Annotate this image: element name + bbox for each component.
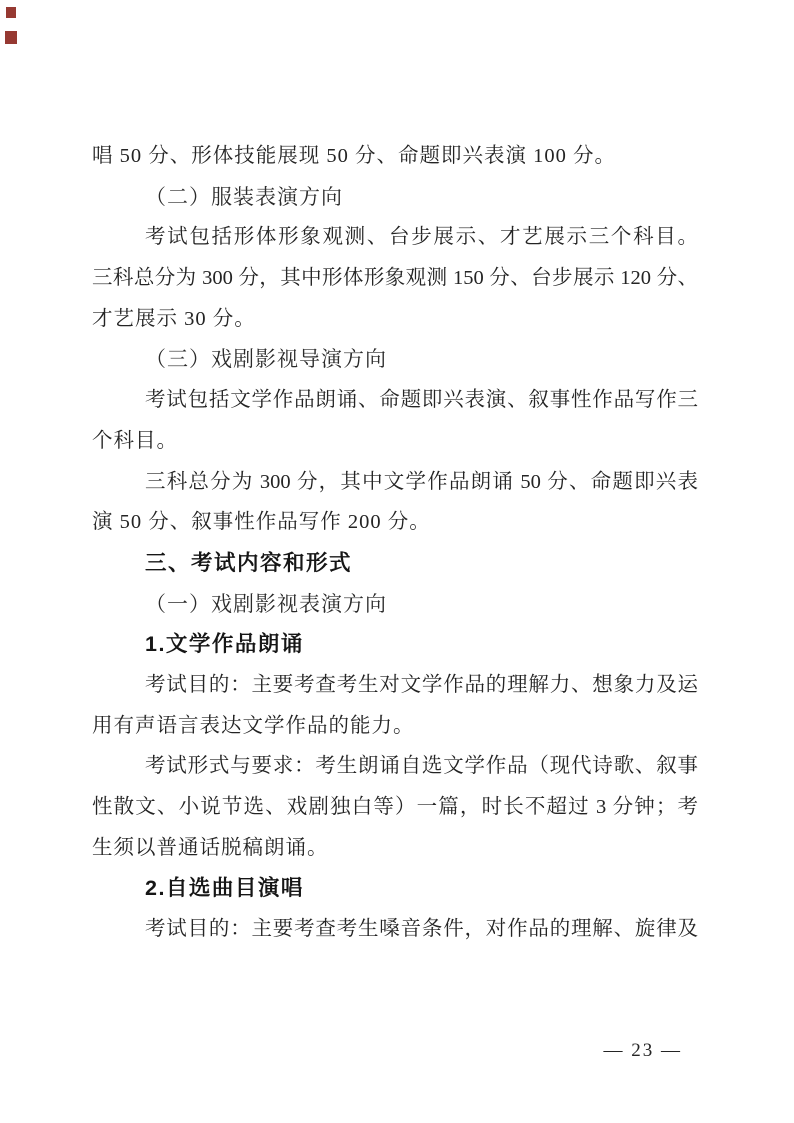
text-line: 三科总分为 300 分，其中形体形象观测 150 分、台步展示 120 分、 bbox=[92, 258, 698, 299]
document-page: 唱 50 分、形体技能展现 50 分、命题即兴表演 100 分。（二）服装表演方… bbox=[0, 0, 794, 1123]
text-line: 考试形式与要求：考生朗诵自选文学作品（现代诗歌、叙事 bbox=[92, 746, 698, 787]
text-line: （二）服装表演方向 bbox=[92, 177, 698, 218]
page-number: — 23 — bbox=[604, 1040, 683, 1062]
text-line: 考试目的：主要考查考生对文学作品的理解力、想象力及运 bbox=[92, 665, 698, 706]
text-line: （一）戏剧影视表演方向 bbox=[92, 584, 698, 625]
text-line: 性散文、小说节选、戏剧独白等）一篇，时长不超过 3 分钟；考 bbox=[92, 787, 698, 828]
text-line: 考试包括形体形象观测、台步展示、才艺展示三个科目。 bbox=[92, 217, 698, 258]
text-line: 三科总分为 300 分，其中文学作品朗诵 50 分、命题即兴表 bbox=[92, 462, 698, 503]
text-line: 演 50 分、叙事性作品写作 200 分。 bbox=[92, 502, 698, 543]
document-lines: 唱 50 分、形体技能展现 50 分、命题即兴表演 100 分。（二）服装表演方… bbox=[92, 136, 698, 950]
margin-mark bbox=[5, 31, 17, 44]
text-line: 唱 50 分、形体技能展现 50 分、命题即兴表演 100 分。 bbox=[92, 136, 698, 177]
text-line: 1.文学作品朗诵 bbox=[92, 624, 698, 665]
text-line: 考试包括文学作品朗诵、命题即兴表演、叙事性作品写作三 bbox=[92, 380, 698, 421]
text-line: 用有声语言表达文学作品的能力。 bbox=[92, 706, 698, 747]
text-line: 三、考试内容和形式 bbox=[92, 543, 698, 584]
text-line: 考试目的：主要考查考生嗓音条件，对作品的理解、旋律及 bbox=[92, 909, 698, 950]
text-line: 才艺展示 30 分。 bbox=[92, 299, 698, 340]
text-line: （三）戏剧影视导演方向 bbox=[92, 339, 698, 380]
margin-mark bbox=[6, 7, 16, 18]
text-line: 生须以普通话脱稿朗诵。 bbox=[92, 828, 698, 869]
text-line: 2.自选曲目演唱 bbox=[92, 868, 698, 909]
text-line: 个科目。 bbox=[92, 421, 698, 462]
